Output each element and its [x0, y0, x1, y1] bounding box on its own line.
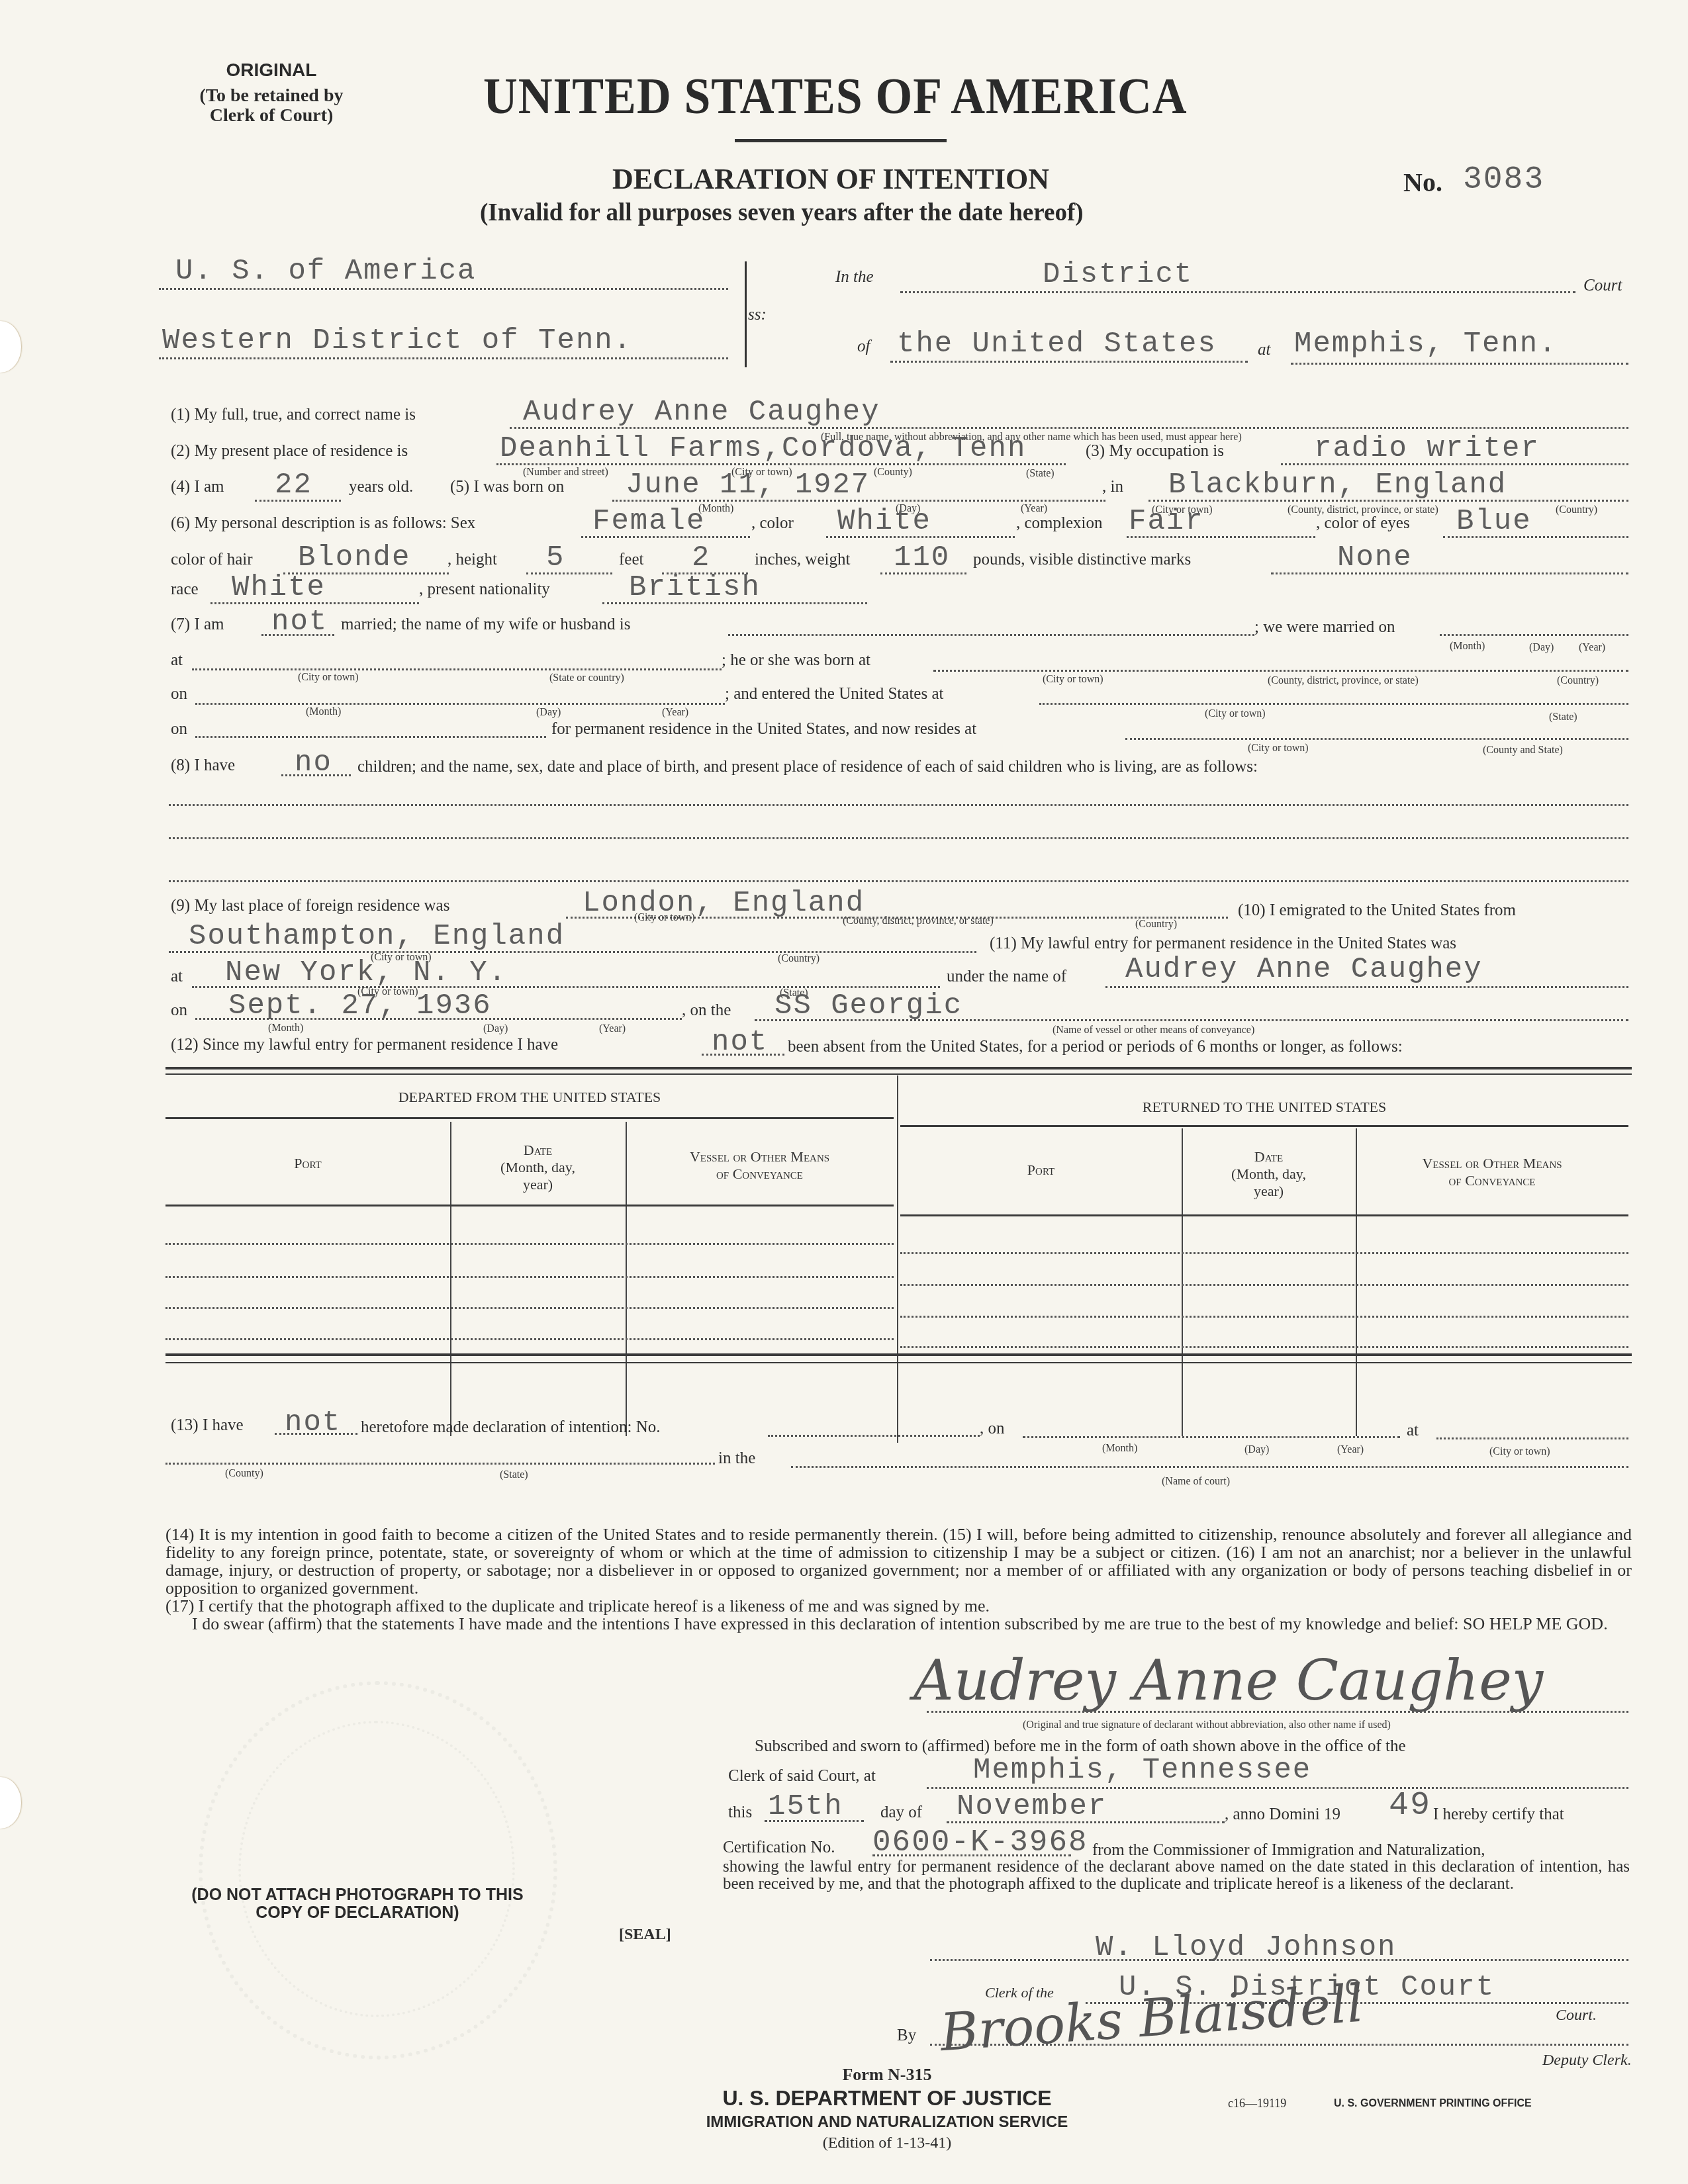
declaration-number[interactable]: 3083: [1463, 162, 1544, 198]
original-label: ORIGINAL: [218, 60, 324, 81]
entry-on-label: on: [171, 1001, 187, 1020]
color-field[interactable]: White: [837, 505, 931, 538]
table-row[interactable]: [165, 1338, 894, 1340]
clerk-at-line: [927, 1787, 1628, 1789]
height-inches-field[interactable]: 2: [692, 541, 710, 574]
col-date-sub: (Month, day,: [1182, 1165, 1356, 1183]
entry-place-line: [192, 986, 940, 988]
birth-place-field[interactable]: Blackburn, England: [1168, 469, 1507, 502]
anno-domini-label: , anno Domini 19: [1225, 1805, 1340, 1824]
hint-state: (State): [1026, 468, 1055, 480]
col-header-date-return: Date (Month, day, year): [1182, 1148, 1356, 1200]
photo-note: (DO NOT ATTACH PHOTOGRAPH TO THIS COPY O…: [159, 1886, 556, 1922]
table-split-line: [897, 1075, 898, 1443]
residence-line: [496, 463, 1066, 465]
print-code: c16—19119: [1228, 2097, 1286, 2111]
hint-foreign-county: (County, district, province, or state): [843, 915, 994, 927]
table-top-rule: [165, 1067, 1632, 1069]
hint-number-street: (Number and street): [523, 467, 608, 478]
hint-entry-day: (Day): [483, 1023, 508, 1035]
marks-line: [1271, 572, 1628, 574]
vessel-hint: (Name of vessel or other means of convey…: [1053, 1024, 1254, 1036]
foreign-residence-field[interactable]: London, England: [583, 887, 865, 920]
emigrated-from-line: [169, 951, 976, 953]
q13-text: heretofore made declaration of intention…: [361, 1418, 661, 1437]
color-label: , color: [751, 514, 794, 533]
seal-label: [SEAL]: [619, 1926, 671, 1944]
form-number: Form N-315: [655, 2065, 1119, 2085]
hint-prior-county: (County): [225, 1468, 263, 1480]
q4-label: (4) I am: [171, 478, 224, 496]
race-label: race: [171, 580, 199, 599]
hint-entered-city: (City or town): [1205, 708, 1266, 720]
certify-label: I hereby certify that: [1433, 1805, 1564, 1824]
residence-field[interactable]: Deanhill Farms,Cordova, Tenn: [500, 432, 1026, 465]
court-location-line: [1291, 363, 1628, 365]
column-header-rule: [165, 1205, 894, 1206]
nationality-label: , present nationality: [419, 580, 550, 599]
prior-city-line: [1436, 1437, 1628, 1439]
nationality-field[interactable]: British: [629, 571, 761, 604]
returned-header: RETURNED TO THE UNITED STATES: [900, 1099, 1628, 1116]
table-row[interactable]: [900, 1316, 1628, 1318]
table-bottom-rule: [165, 1353, 1632, 1356]
month-field[interactable]: November: [957, 1790, 1107, 1823]
nationality-line: [602, 602, 867, 604]
number-label: No.: [1403, 167, 1442, 198]
children-list-line-1: [169, 804, 1628, 806]
q6-label: (6) My personal description is as follow…: [171, 514, 475, 533]
sworn-text: Subscribed and sworn to (affirmed) befor…: [755, 1737, 1406, 1756]
deputy-line: [930, 2044, 1628, 2046]
col-date-sub: year): [450, 1176, 626, 1193]
q2-label: (2) My present place of residence is: [171, 442, 408, 461]
entry-place-field[interactable]: New York, N. Y.: [225, 956, 507, 989]
cert-text-2: showing the lawful entry for permanent r…: [723, 1858, 1630, 1893]
hint-prior-court: (Name of court): [1162, 1476, 1230, 1488]
court-label: Court: [1583, 277, 1622, 295]
day-of-label: day of: [880, 1803, 922, 1822]
court-type[interactable]: District: [1043, 258, 1193, 291]
under-name-label: under the name of: [947, 968, 1066, 986]
q3-label: (3) My occupation is: [1086, 442, 1224, 461]
court-location[interactable]: Memphis, Tenn.: [1294, 328, 1558, 361]
entered-at-line: [1039, 703, 1628, 705]
retained-note-line-1: (To be retained by: [165, 86, 377, 106]
weight-line: [880, 572, 966, 574]
col-date-title: Date: [1182, 1148, 1356, 1165]
hint-foreign-country: (Country): [1135, 919, 1177, 931]
signature-line: [927, 1711, 1628, 1713]
q8-text: children; and the name, sex, date and pl…: [357, 758, 1258, 776]
weight-label: inches, weight: [755, 551, 850, 569]
table-top-rule-2: [165, 1073, 1632, 1075]
married-on-line: [1440, 634, 1628, 636]
col-header-vessel-return: Vessel or Other Means of Conveyance: [1356, 1155, 1628, 1189]
on-the-label: , on the: [682, 1001, 731, 1020]
col-vessel-sub: of Conveyance: [1356, 1172, 1628, 1189]
col-header-port: Port: [165, 1155, 450, 1172]
prior-court-line: [791, 1466, 1628, 1468]
signature-hint: (Original and true signature of declaran…: [1023, 1719, 1391, 1731]
now-resides-line: [1125, 738, 1628, 740]
returned-header-rule: [900, 1125, 1628, 1127]
hint-birth-country: (Country): [1556, 504, 1597, 516]
column-header-rule: [900, 1214, 1628, 1216]
ss-brace: [733, 261, 747, 367]
hint-foreign-city: (City or town): [634, 912, 695, 924]
hint-spouse-city: (City or town): [1043, 674, 1103, 686]
cert-text-1: from the Commissioner of Immigration and…: [1092, 1841, 1485, 1860]
age-line: [255, 500, 341, 502]
year-field[interactable]: 49: [1389, 1787, 1431, 1825]
declarant-signature[interactable]: Audrey Anne Caughey: [914, 1648, 1543, 1713]
edition-note: (Edition of 1-13-41): [655, 2134, 1119, 2152]
q13-label: (13) I have: [171, 1416, 244, 1435]
venue-country[interactable]: U. S. of America: [175, 255, 476, 288]
hint-prior-day: (Day): [1244, 1444, 1269, 1456]
children-list-line-2: [169, 837, 1628, 839]
prior-at-label: at: [1407, 1422, 1419, 1440]
col-vessel-title: Vessel or Other Means: [1356, 1155, 1628, 1172]
court-suffix: Court.: [1556, 2007, 1597, 2025]
hint-on-month: (Month): [306, 706, 341, 718]
embossed-seal-inner: [238, 1721, 515, 2017]
departed-header: DEPARTED FROM THE UNITED STATES: [165, 1089, 894, 1106]
race-line: [211, 602, 419, 604]
col-date-sub: (Month, day,: [450, 1159, 626, 1176]
prior-county-line: [165, 1463, 715, 1465]
married-on-label: ; we were married on: [1254, 618, 1395, 637]
q5-label: (5) I was born on: [450, 478, 564, 496]
weight-field[interactable]: 110: [894, 541, 950, 574]
hint-entry-year: (Year): [599, 1023, 626, 1035]
day-line: [765, 1820, 864, 1822]
complexion-line: [1127, 536, 1315, 538]
hint-married-month: (Month): [1450, 641, 1485, 653]
entered-label: ; and entered the United States at: [725, 685, 943, 704]
certification-label: Certification No.: [723, 1839, 835, 1857]
feet-label: feet: [619, 551, 643, 569]
q12-text: been absent from the United States, for …: [788, 1038, 1403, 1056]
sex-line: [581, 536, 750, 538]
birth-date-field[interactable]: June 11, 1927: [626, 469, 870, 502]
hint-county: (County): [874, 467, 912, 478]
hair-label: color of hair: [171, 551, 253, 569]
service-name: IMMIGRATION AND NATURALIZATION SERVICE: [655, 2113, 1119, 2132]
hint-prior-month: (Month): [1102, 1443, 1137, 1455]
spouse-born-line: [933, 670, 1628, 672]
vessel-line: [755, 1019, 1628, 1021]
hint-entry-month: (Month): [268, 1023, 303, 1034]
col-vessel-title: Vessel or Other Means: [626, 1148, 894, 1165]
deputy-clerk-label: Deputy Clerk.: [1542, 2052, 1632, 2070]
marks-field[interactable]: None: [1337, 541, 1413, 574]
q8-label: (8) I have: [171, 756, 235, 775]
eyes-field[interactable]: Blue: [1456, 505, 1532, 538]
col-header-date: Date (Month, day, year): [450, 1142, 626, 1193]
hint-married-city: (City or town): [298, 672, 359, 684]
entry-at-label: at: [171, 968, 183, 986]
table-row[interactable]: [900, 1346, 1628, 1348]
oath-text-14-16: (14) It is my intention in good faith to…: [165, 1525, 1632, 1598]
hint-spouse-country: (Country): [1557, 675, 1599, 687]
complexion-label: , complexion: [1016, 514, 1103, 533]
vessel-field[interactable]: SS Georgic: [774, 989, 962, 1023]
hint-entered-state: (State): [1549, 711, 1577, 723]
form-subtitle: DECLARATION OF INTENTION: [612, 162, 1049, 196]
birth-date-line: [612, 500, 1105, 502]
eyes-label: , color of eyes: [1316, 514, 1410, 533]
married-at-line: [192, 668, 722, 670]
height-label: , height: [447, 551, 497, 569]
col-date-title: Date: [450, 1142, 626, 1159]
retained-note: (To be retained by Clerk of Court): [165, 86, 377, 126]
at-label-7: at: [171, 651, 183, 670]
entry-name-line: [1105, 986, 1628, 988]
entry-name-field[interactable]: Audrey Anne Caughey: [1125, 953, 1483, 986]
age-suffix: years old.: [349, 478, 413, 496]
hint-resides-city: (City or town): [1248, 743, 1309, 754]
table-row[interactable]: [165, 1276, 894, 1278]
hint-married-year: (Year): [1579, 642, 1605, 654]
q10-label: (10) I emigrated to the United States fr…: [1238, 901, 1516, 920]
title-divider: [735, 139, 947, 142]
venue-district[interactable]: Western District of Tenn.: [162, 324, 632, 357]
prior-in-the-label: in the: [718, 1449, 755, 1468]
color-line: [826, 536, 1015, 538]
form-footer: Form N-315 U. S. DEPARTMENT OF JUSTICE I…: [655, 2065, 1119, 2152]
hint-married-state: (State or country): [549, 672, 624, 684]
hint-spouse-county: (County, district, province, or state): [1268, 675, 1419, 687]
sex-field[interactable]: Female: [592, 505, 705, 538]
hint-on-day: (Day): [536, 707, 561, 719]
q9-label: (9) My last place of foreign residence w…: [171, 897, 449, 915]
hint-year: (Year): [1021, 503, 1047, 515]
punch-hole: [0, 321, 21, 373]
certification-line: [872, 1854, 1071, 1856]
of-label: of: [857, 338, 870, 356]
page-title: UNITED STATES OF AMERICA: [483, 66, 1187, 126]
q11-label: (11) My lawful entry for permanent resid…: [990, 934, 1456, 953]
clerk-at-label: Clerk of said Court, at: [728, 1767, 876, 1786]
table-row[interactable]: [900, 1284, 1628, 1286]
oath-text-17: (17) I certify that the photograph affix…: [165, 1596, 990, 1615]
q1-label: (1) My full, true, and correct name is: [171, 406, 416, 424]
table-row[interactable]: [165, 1307, 894, 1309]
court-type-line: [900, 291, 1575, 293]
entry-date-line: [195, 1018, 682, 1020]
clerk-name-line: [930, 1959, 1628, 1961]
hint-prior-state: (State): [500, 1469, 528, 1481]
in-the-label: In the: [835, 268, 874, 287]
department-name: U. S. DEPARTMENT OF JUSTICE: [655, 2086, 1119, 2111]
month-line: [947, 1821, 1225, 1823]
occupation-line: [1281, 463, 1628, 465]
table-row[interactable]: [165, 1243, 894, 1245]
photo-note-line-2: COPY OF DECLARATION): [159, 1904, 556, 1922]
col-date-sub: year): [1182, 1183, 1356, 1200]
this-label: this: [728, 1803, 752, 1822]
court-of[interactable]: the United States: [897, 328, 1217, 361]
permanent-label: for permanent residence in the United St…: [551, 720, 976, 739]
full-name-field[interactable]: Audrey Anne Caughey: [523, 396, 880, 429]
absent-line: [702, 1054, 784, 1056]
q7-label: (7) I am: [171, 615, 224, 634]
printer-name: U. S. GOVERNMENT PRINTING OFFICE: [1334, 2098, 1532, 2110]
age-field[interactable]: 22: [275, 469, 312, 502]
complexion-field[interactable]: Fair: [1129, 505, 1204, 538]
photo-note-line-1: (DO NOT ATTACH PHOTOGRAPH TO THIS: [159, 1886, 556, 1904]
q12-label: (12) Since my lawful entry for permanent…: [171, 1036, 558, 1054]
name-line: [510, 427, 1628, 429]
ss-label: ss:: [748, 306, 767, 324]
q7-text: married; the name of my wife or husband …: [341, 615, 630, 634]
children-line: [281, 774, 351, 776]
entered-date-line: [195, 736, 546, 738]
prior-declaration-line: [275, 1433, 357, 1435]
col-vessel-sub: of Conveyance: [626, 1165, 894, 1183]
col-header-port-return: Port: [900, 1161, 1182, 1179]
departed-header-rule: [165, 1117, 894, 1119]
on-label: on: [171, 685, 187, 704]
height-feet-field[interactable]: 5: [546, 541, 565, 574]
height-feet-line: [526, 572, 612, 574]
prior-number-line: [768, 1435, 980, 1437]
venue-country-line: [159, 288, 728, 290]
spouse-name-line: [728, 634, 1254, 636]
oath-paragraph: (14) It is my intention in good faith to…: [165, 1525, 1632, 1633]
born-at-label: ; he or she was born at: [722, 651, 870, 670]
birth-place-line: [1149, 500, 1628, 502]
punch-hole: [0, 1777, 21, 1829]
table-row[interactable]: [900, 1252, 1628, 1254]
occupation-field[interactable]: radio writer: [1314, 432, 1540, 465]
venue-district-line: [159, 357, 728, 359]
by-label: By: [897, 2026, 916, 2045]
at-label: at: [1258, 341, 1270, 359]
race-field[interactable]: White: [232, 571, 326, 604]
hint-emigrated-country: (Country): [778, 953, 820, 965]
court-of-line: [890, 361, 1248, 363]
hint-prior-year: (Year): [1337, 1444, 1364, 1456]
oath-swear: I do swear (affirm) that the statements …: [165, 1614, 1608, 1633]
invalid-note: (Invalid for all purposes seven years af…: [480, 199, 1084, 227]
col-header-vessel: Vessel or Other Means of Conveyance: [626, 1148, 894, 1183]
married-line: [261, 634, 334, 636]
on2-label: on: [171, 720, 187, 739]
spouse-born-date-line: [195, 703, 725, 705]
hint-prior-city: (City or town): [1489, 1446, 1550, 1458]
prior-date-line: [1023, 1436, 1400, 1438]
clerk-at-field[interactable]: Memphis, Tennessee: [973, 1754, 1311, 1787]
emigrated-from-field[interactable]: Southampton, England: [189, 920, 565, 953]
eyes-line: [1443, 536, 1628, 538]
hint-married-day: (Day): [1529, 642, 1554, 654]
hint-on-year: (Year): [662, 707, 688, 719]
hint-resides-county: (County and State): [1483, 745, 1563, 756]
hair-field[interactable]: Blonde: [298, 541, 410, 574]
day-field[interactable]: 15th: [768, 1790, 843, 1823]
retained-note-line-2: Clerk of Court): [165, 106, 377, 126]
in-label: , in: [1102, 478, 1123, 496]
children-list-line-3: [169, 880, 1628, 882]
table-bottom-rule-2: [165, 1362, 1632, 1363]
prior-on-label: , on: [980, 1420, 1005, 1438]
marks-label: pounds, visible distinctive marks: [973, 551, 1191, 569]
